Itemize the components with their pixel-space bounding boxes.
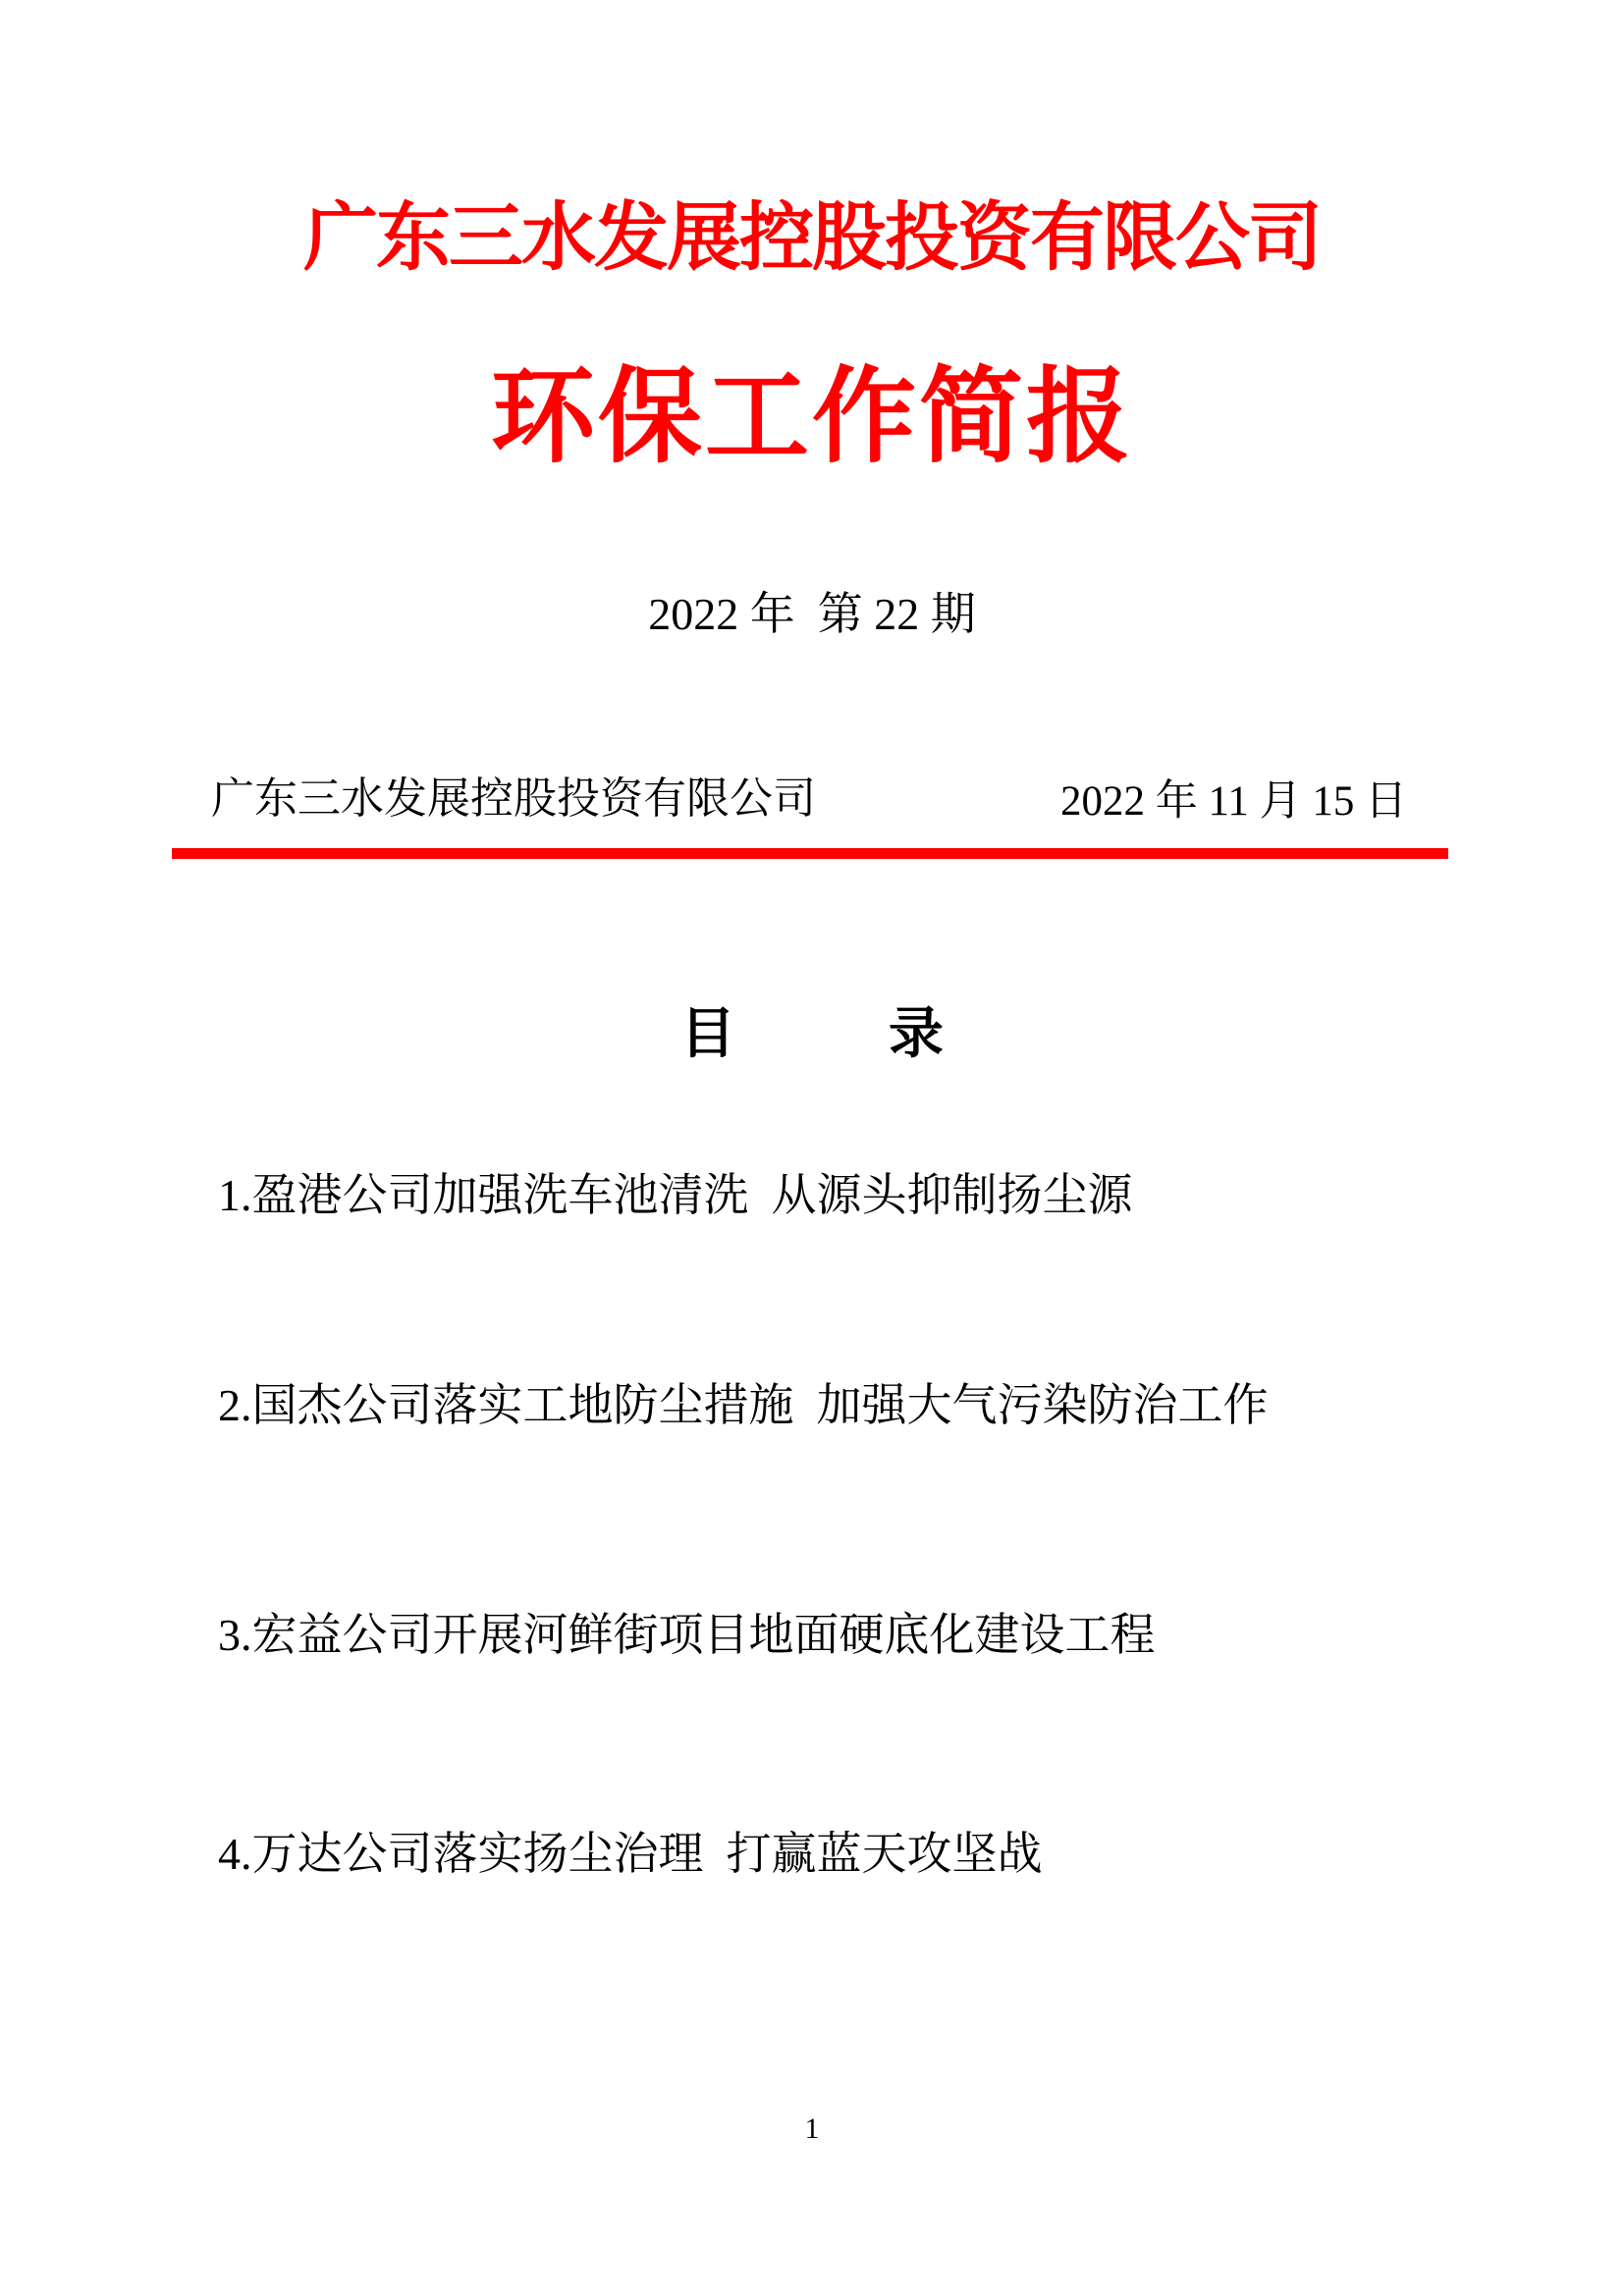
page-number: 1: [0, 2112, 1624, 2146]
issue-number-line: 2022 年 第 22 期: [0, 587, 1624, 641]
toc-item-4: 4.万达公司落实扬尘治理 打赢蓝天攻坚战: [218, 1827, 1043, 1881]
header-divider-rule: [172, 848, 1448, 859]
company-title: 广东三水发展控股投资有限公司: [0, 192, 1624, 286]
toc-item-1: 1.盈港公司加强洗车池清洗 从源头抑制扬尘源: [218, 1168, 1133, 1222]
publish-date: 2022 年 11 月 15 日: [1060, 778, 1407, 825]
bulletin-title: 环保工作简报: [0, 355, 1624, 480]
document-page: 广东三水发展控股投资有限公司 环保工作简报 2022 年 第 22 期 广东三水…: [0, 0, 1624, 2296]
publisher-name: 广东三水发展控股投资有限公司: [211, 775, 816, 823]
toc-item-2: 2.国杰公司落实工地防尘措施 加强大气污染防治工作: [218, 1378, 1269, 1432]
toc-item-3: 3.宏益公司开展河鲜街项目地面硬底化建设工程: [218, 1608, 1156, 1662]
toc-heading: 目 录: [0, 1001, 1624, 1067]
